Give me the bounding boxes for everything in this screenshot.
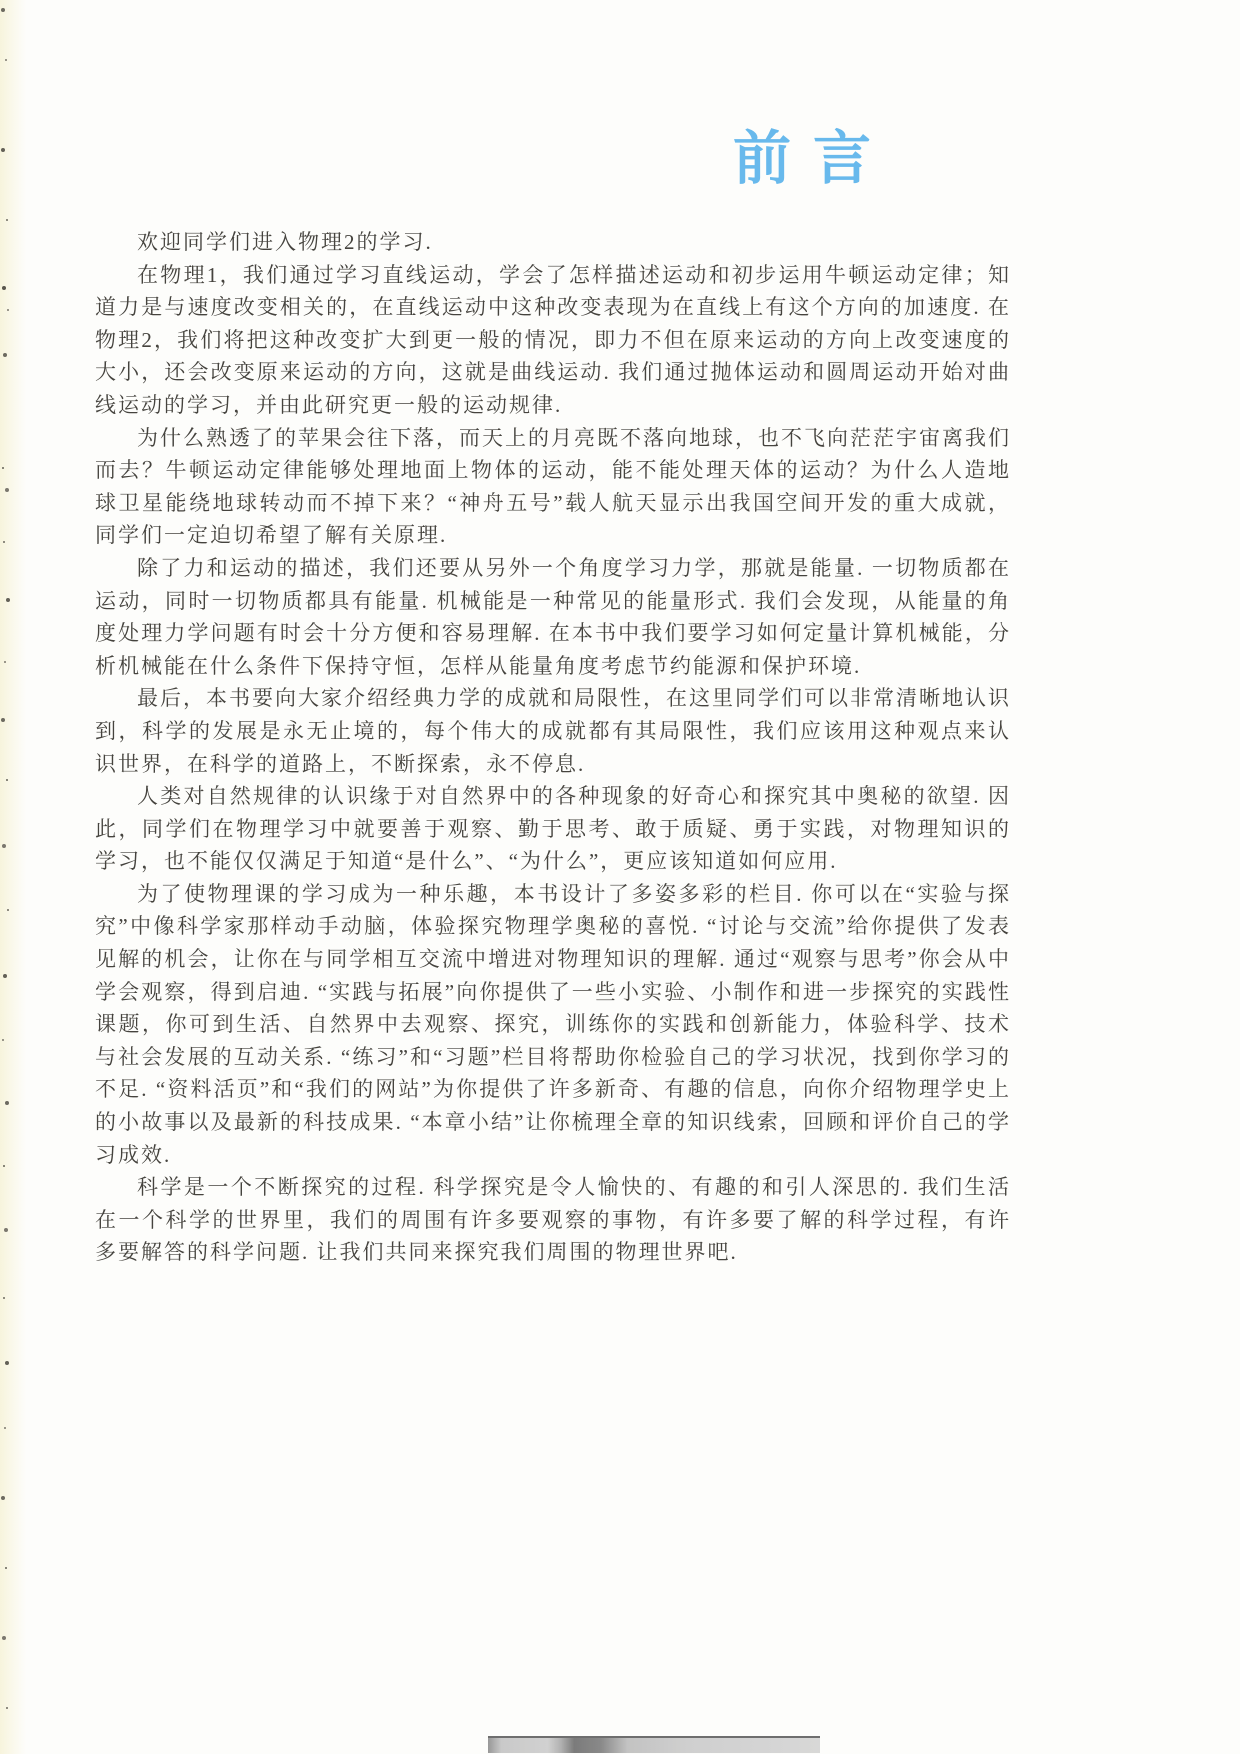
scanned-textbook-page: 前言 欢迎同学们进入物理2的学习. 在物理1，我们通过学习直线运动，学会了怎样描… bbox=[0, 0, 1240, 1754]
page-title: 前言 bbox=[733, 123, 893, 195]
paragraph-energy: 除了力和运动的描述，我们还要从另外一个角度学习力学，那就是能量. 一切物质都在运… bbox=[95, 552, 1011, 682]
binding-edge-tint bbox=[0, 0, 26, 1754]
scan-bottom-page-edge bbox=[488, 1736, 820, 1753]
binding-speck-artifacts bbox=[1, 8, 5, 12]
paragraph-welcome: 欢迎同学们进入物理2的学习. bbox=[95, 226, 1011, 259]
paragraph-classical-mechanics: 最后，本书要向大家介绍经典力学的成就和局限性，在这里同学们可以非常清晰地认识到，… bbox=[95, 682, 1011, 780]
paragraph-book-columns: 为了使物理课的学习成为一种乐趣，本书设计了多姿多彩的栏目. 你可以在“实验与探究… bbox=[95, 878, 1011, 1171]
paragraph-apple-moon: 为什么熟透了的苹果会往下落，而天上的月亮既不落向地球，也不飞向茫茫宇宙离我们而去… bbox=[95, 422, 1011, 552]
paragraph-physics1-review: 在物理1，我们通过学习直线运动，学会了怎样描述运动和初步运用牛顿运动定律；知道力… bbox=[95, 259, 1011, 422]
paragraph-curiosity: 人类对自然规律的认识缘于对自然界中的各种现象的好奇心和探究其中奥秘的欲望. 因此… bbox=[95, 780, 1011, 878]
preface-body: 欢迎同学们进入物理2的学习. 在物理1，我们通过学习直线运动，学会了怎样描述运动… bbox=[95, 226, 1011, 1269]
paragraph-science-world: 科学是一个不断探究的过程. 科学探究是令人愉快的、有趣的和引人深思的. 我们生活… bbox=[95, 1171, 1011, 1269]
